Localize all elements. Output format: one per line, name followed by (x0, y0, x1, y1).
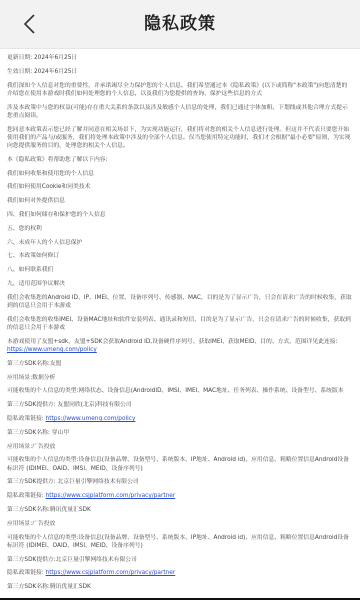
top-nav-bar: 隐私政策 (0, 0, 360, 49)
imei-paragraph: 我们会收集您的收集IMEI、设备MAC地址和软件安装列表、通讯录和短信，目的是为… (7, 316, 353, 332)
intro-paragraph: 我们深知个人信息对您的重要性，并承诺竭尽全力保护您的个人信息。我们希望通过本《隐… (7, 82, 353, 98)
sdk-umeng-name: 第三方SDK名称:友盟 (7, 360, 353, 368)
toc-item: 九、适用范围争议解决 (7, 280, 353, 288)
policy-label: 隐私政策链接: (7, 416, 46, 422)
effective-date: 生效日期: 2024年6月25日 (7, 68, 353, 76)
sdk-csj-scene: 应用场景:广告投放 (7, 443, 353, 451)
sdk-tencent-provider: 第三方SDK提供方:北京巨量引擎网络技术有限公司 (7, 556, 353, 564)
toc-item: 我们如何对外提供信息 (7, 197, 353, 205)
sdk-csj-policy-link[interactable]: https://www.csjplatform.com/privacy/part… (46, 493, 176, 499)
page-title: 隐私政策 (0, 0, 360, 48)
toc-intro: 本《隐私政策》将帮助您了解以下内容: (7, 156, 353, 164)
policy-label: 隐私政策链接: (7, 570, 46, 576)
sdk-csj-name: 第三方SDK名称: 穿山甲 (7, 429, 353, 437)
sdk-tencent-policy: 隐私政策链接: https://www.csjplatform.com/priv… (7, 569, 353, 577)
sdk-tencent-policy-link[interactable]: https://www.csjplatform.com/privacy/part… (46, 570, 176, 576)
toc-item: 六、未成年人的个人信息保护 (7, 239, 353, 247)
update-date: 更新日期: 2024年6月25日 (7, 54, 353, 62)
notice-paragraph: 涉及本政策中与您的权益(可能)存在重大关系的条款以及涉及敏感个人信息的处理，我们… (7, 104, 353, 120)
toc-item: 我们如何收集和使用您的个人信息 (7, 170, 353, 178)
consent-paragraph: 您同意本政策表示您已经了解并同意在相关场景下，为实现功能运行，我们将对您的相关个… (7, 126, 353, 151)
sdk-tencent-name: 第三方SDK名称:腾讯优量汇SDK (7, 506, 353, 514)
umeng-text: 本游戏使用了友盟+sdk，友盟+SDK会获取Android ID,设备硬件序列号… (7, 339, 338, 345)
toc-item: 五、您的权利 (7, 225, 353, 233)
sdk-tencent-info: 可能收集的个人信息的类型:设备信息(设备品牌、设备型号、系统版本、IP地址、An… (7, 534, 353, 550)
umeng-link[interactable]: https://www.umeng.com/policy (7, 347, 97, 353)
policy-content[interactable]: 更新日期: 2024年6月25日 生效日期: 2024年6月25日 我们深知个人… (7, 54, 353, 597)
toc-item: 四、我们如何储存和保护您的个人信息 (7, 211, 353, 219)
sdk-umeng-policy-link[interactable]: https://www.umeng.com/policy (46, 416, 136, 422)
sdk-umeng-provider: 第三方SDK提供方: 友盟同欣(北京)科技有限公司 (7, 401, 353, 409)
sdk-csj-policy: 隐私政策链接: https://www.csjplatform.com/priv… (7, 492, 353, 500)
policy-label: 隐私政策链接: (7, 493, 46, 499)
toc-item: 八、如何联系我们 (7, 266, 353, 274)
toc-item: 七、本政策如何修订 (7, 252, 353, 260)
sdk-umeng-info: 可能收集的个人信息的类型:网络状态、设备信息(AndroidID、IMSI、IM… (7, 387, 353, 395)
sdk-umeng-scene: 应用场景:数据分析 (7, 374, 353, 382)
sdk-umeng-policy: 隐私政策链接: https://www.umeng.com/policy (7, 415, 353, 423)
sdk-csj-provider: 第三方SDK提供方: 北京巨量引擎网络技术有限公司 (7, 478, 353, 486)
toc-item: 我们如何使用Cookie和同类技术 (7, 183, 353, 191)
sdk-csj-info: 可能收集的个人信息的类型:设备信息(设备品牌、设备型号、系统版本、IP地址、An… (7, 456, 353, 472)
android-id-paragraph: 我们会收集您的Android ID、IP、IMEI、位置、设备序列号、传感器、M… (7, 294, 353, 310)
trailing-sdk-name: 第三方SDK名称:腾讯优量汇SDK (7, 583, 353, 591)
umeng-paragraph: 本游戏使用了友盟+sdk，友盟+SDK会获取Android ID,设备硬件序列号… (7, 338, 353, 354)
sdk-tencent-scene: 应用场景:广告投放 (7, 520, 353, 528)
